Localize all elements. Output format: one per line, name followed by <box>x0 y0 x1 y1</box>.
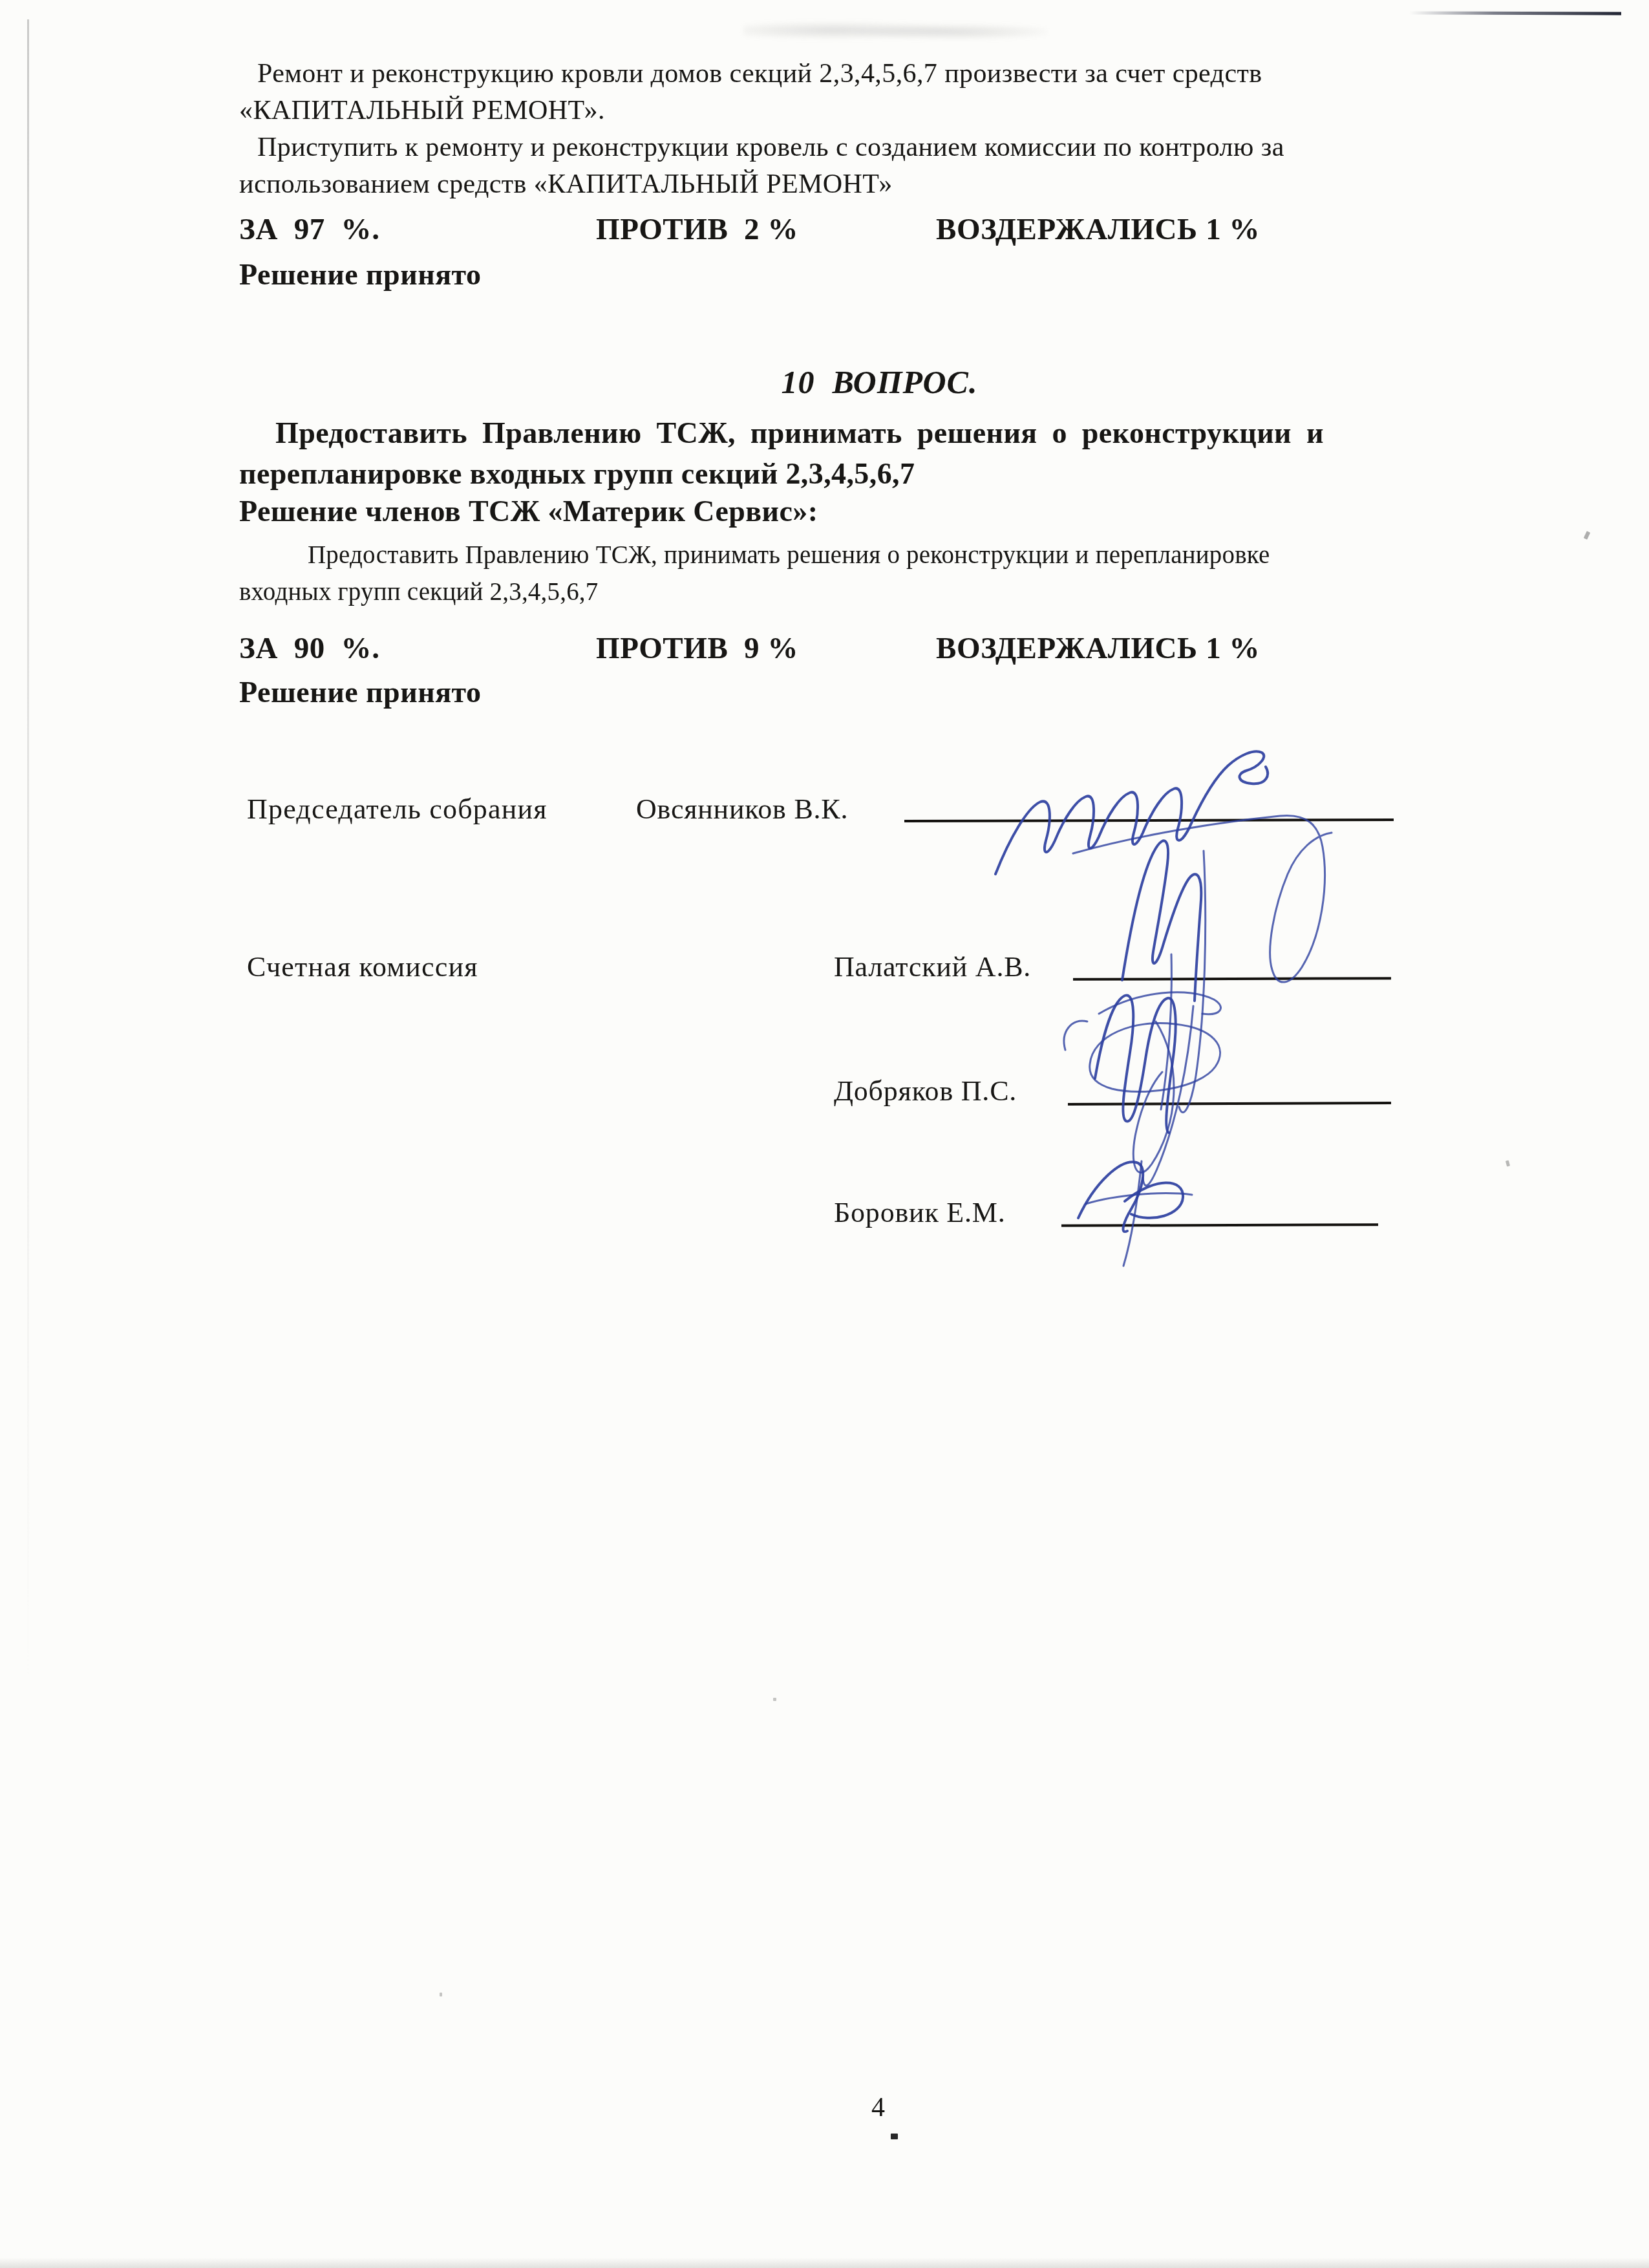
scanned-document-page: Ремонт и реконструкцию кровли домов секц… <box>0 0 1649 2268</box>
question10-body: Предоставить Правлению ТСЖ, принимать ре… <box>239 537 1442 610</box>
vote-vozderzhalis: ВОЗДЕРЖАЛИСЬ 1 % <box>936 212 1260 247</box>
scan-bottom-noise <box>0 2258 1649 2268</box>
chairman-label: Председатель собрания <box>247 793 548 826</box>
paragraph-line: Предоставить Правлению ТСЖ, принимать ре… <box>239 412 1434 453</box>
scan-bleedthrough-smudge <box>743 17 1047 44</box>
commission-member-name: Добряков П.С. <box>834 1075 1017 1107</box>
signature-line <box>1061 1223 1378 1227</box>
decision-status: Решение принято <box>239 675 482 709</box>
paragraph-line: входных групп секций 2,3,4,5,6,7 <box>239 573 1442 610</box>
signature-ovsyannikov <box>995 751 1332 982</box>
paragraph-line: Приступить к ремонту и реконструкции кро… <box>239 129 1435 166</box>
paragraph-line: «КАПИТАЛЬНЫЙ РЕМОНТ». <box>239 92 1435 129</box>
vote-protiv: ПРОТИВ 2 % <box>596 212 798 247</box>
paragraph-line: перепланировке входных групп секций 2,3,… <box>239 453 1434 494</box>
paragraph-line: Ремонт и реконструкцию кровли домов секц… <box>239 56 1435 92</box>
decision-status: Решение принято <box>239 257 482 292</box>
vote-za: ЗА 97 %. <box>239 212 380 247</box>
counting-commission-label: Счетная комиссия <box>247 950 478 983</box>
resolution-paragraph: Ремонт и реконструкцию кровли домов секц… <box>239 56 1435 203</box>
vote-result-row: ЗА 97 %. ПРОТИВ 2 % ВОЗДЕРЖАЛИСЬ 1 % <box>239 212 1435 251</box>
question-title: 10 ВОПРОС. <box>0 363 1649 401</box>
signature-borovik <box>1078 1161 1192 1266</box>
members-decision-heading: Решение членов ТСЖ «Материк Сервис»: <box>239 494 818 528</box>
signature-line <box>1073 977 1391 981</box>
page-number: 4 <box>871 2092 885 2123</box>
vote-result-row: ЗА 90 %. ПРОТИВ 9 % ВОЗДЕРЖАЛИСЬ 1 % <box>239 631 1435 670</box>
vote-vozderzhalis: ВОЗДЕРЖАЛИСЬ 1 % <box>936 631 1260 666</box>
scan-edge-line-left <box>27 19 29 1681</box>
commission-member-name: Палатский А.В. <box>834 950 1031 983</box>
scan-speck <box>440 1993 442 1996</box>
scan-speck <box>773 1698 776 1701</box>
question10-resolution: Предоставить Правлению ТСЖ, принимать ре… <box>239 412 1434 494</box>
signature-dobryakov <box>1064 992 1220 1186</box>
chairman-name: Овсянников В.К. <box>636 793 848 826</box>
vote-protiv: ПРОТИВ 9 % <box>596 631 798 666</box>
signature-line <box>1068 1102 1391 1106</box>
scan-speck <box>891 2134 898 2139</box>
signature-palatsky <box>1090 840 1220 1112</box>
scan-speck <box>1505 1161 1510 1167</box>
scan-speck <box>1584 531 1591 539</box>
paragraph-line: Предоставить Правлению ТСЖ, принимать ре… <box>239 537 1442 573</box>
scan-edge-line-top-right <box>1409 12 1621 16</box>
commission-member-name: Боровик Е.М. <box>834 1196 1006 1229</box>
vote-za: ЗА 90 %. <box>239 631 380 666</box>
paragraph-line: использованием средств «КАПИТАЛЬНЫЙ РЕМО… <box>239 166 1435 203</box>
signature-line <box>904 818 1394 822</box>
